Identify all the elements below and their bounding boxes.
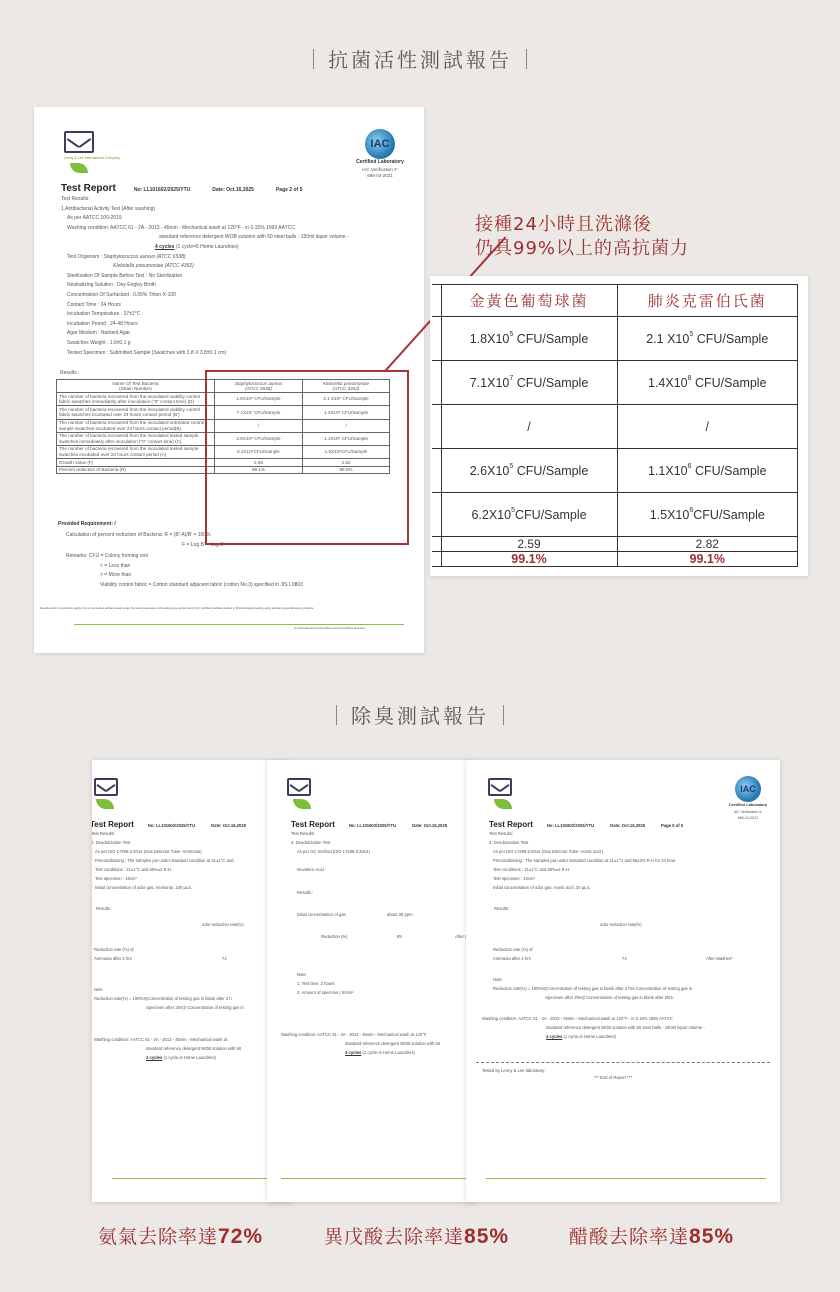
text-line: Test conditions : 21±1°C and 65%±2 R.H. — [92, 865, 233, 874]
text-line: Swatches Weight : 1.0±0.1 g — [61, 339, 349, 349]
header-staphylococcus: 金黃色葡萄球菌 — [441, 285, 617, 317]
dashed-divider — [476, 1062, 770, 1063]
report-title: Test Report — [61, 183, 116, 194]
text-line: (1 cycle=5 Home Laundries) — [361, 1050, 415, 1055]
company-logo — [92, 778, 118, 809]
unit: CFU/Sample — [692, 376, 767, 390]
deodorize-title-text: 除臭測試報告 — [351, 704, 489, 728]
table-row: 6.2X105CFU/Sample 1.5X106CFU/Sample — [432, 493, 798, 537]
iac-globe-icon: IAC — [365, 129, 395, 159]
unit: CFU/Sample — [693, 332, 768, 346]
hands-leaf-icon — [494, 799, 512, 809]
table-row: 1.8X105 CFU/Sample 2.1 X105 CFU/Sample — [432, 317, 798, 361]
divider — [526, 49, 527, 69]
exponent: 5 — [509, 463, 513, 470]
hands-leaf-icon — [293, 799, 311, 809]
provided-requirement: Provided Requirement: / — [58, 520, 116, 530]
text-line: As per AATCC 100-2019 — [61, 214, 349, 224]
text-line: Test Results: — [61, 195, 349, 205]
table-row: 2.6X105 CFU/Sample 1.1X106 CFU/Sample — [432, 449, 798, 493]
text-line: 2. Amount of specimen: 50cm² — [297, 988, 354, 997]
text-line: Sterilization Of Sample Before Test : No… — [61, 272, 349, 282]
caption-value: 85% — [689, 1225, 734, 1248]
value: 1.8X10 — [470, 332, 510, 346]
report-page: Page 2 of 5 — [276, 187, 302, 193]
text-line: Washing condition: AATCC 61 - 2A - 2013 … — [482, 1014, 705, 1023]
text-line: Test conditions : 21±1°C and 65%±2 R.H. — [489, 865, 675, 874]
report-header: Test Report No: LL101602/2025/YTU Date: … — [92, 820, 262, 829]
results-label: Results : — [297, 888, 313, 897]
company-name: Lenny & Lee International Company — [64, 156, 120, 160]
antibacterial-title-text: 抗菌活性測試報告 — [328, 48, 512, 72]
report-header: Test Report No: LL101602/2025/YTU Date: … — [291, 820, 463, 829]
text-line: Tested Specimen : Submitted Sample (Swat… — [61, 349, 349, 359]
text-line: Test Organism : — [67, 254, 103, 260]
text-line: Test specimen : 10cm² — [92, 874, 233, 883]
spacer-cell — [432, 449, 441, 493]
value: 7.1X10 — [470, 376, 510, 390]
column-header: (Strain Number) — [59, 386, 212, 392]
text-line: Neutralizing Solution : Dey Engley Broth — [61, 281, 349, 291]
results-label: Results : — [60, 369, 79, 379]
callout-line: 仍具99%以上的高抗菌力 — [475, 237, 689, 261]
text-line: Agar Medium : Nutrient Agar — [61, 329, 349, 339]
text-line: (1 cycle=5 Home Laundries) — [562, 1034, 616, 1039]
row-label: Reduction rate (%) of — [94, 945, 134, 954]
report-title: Test Report — [92, 820, 134, 829]
cycles-count: 4 cycles — [155, 244, 174, 250]
remark-line: Viability control fabric = Cotton standa… — [66, 581, 303, 591]
table-header-row: 金黃色葡萄球菌 肺炎克雷伯氏菌 — [432, 285, 798, 317]
value: 2.6X10 — [470, 464, 510, 478]
text-line: (1 cycle=5 Home Laundries) — [162, 1055, 216, 1060]
text-line: Initial concentration of odor gas: Aceti… — [489, 883, 675, 892]
exponent: 7 — [509, 375, 513, 382]
exponent: 5 — [689, 331, 693, 338]
report-date: Date: Oct.16,2025 — [211, 823, 246, 828]
exponent: 5 — [511, 507, 515, 514]
unit: CFU/Sample — [513, 376, 588, 390]
growth-value: 2.82 — [617, 537, 797, 552]
exponent: 6 — [688, 463, 692, 470]
growth-value: 2.59 — [441, 537, 617, 552]
company-logo — [287, 778, 311, 809]
cycles-count: 4 cycles — [546, 1034, 562, 1039]
reduction-row: Reduction rate (%) of Ammonia after 2 hr… — [94, 945, 134, 963]
report-body: Test Results: 2. Deodorization Test As p… — [92, 829, 233, 892]
value: 1.5X10 — [650, 508, 690, 522]
spacer-cell — [432, 285, 441, 317]
text-line: 1. Test time: 2 hours — [297, 979, 354, 988]
text-line: As per GC method (ISO 17299-3:2014) — [291, 847, 370, 856]
unit: CFU/Sample — [693, 508, 765, 522]
cycles-count: 4 cycles — [146, 1055, 162, 1060]
spacer-cell — [432, 493, 441, 537]
washing-condition: Washing condition: AATCC 61 - 2A - 2013 … — [281, 1030, 440, 1057]
report-number: No: LL101602/2025/YTU — [547, 823, 594, 828]
deodorize-section-title: 除臭測試報告 — [0, 700, 840, 729]
text-line: Preconditioning : The samples put under … — [92, 856, 233, 865]
report-title: Test Report — [291, 820, 335, 829]
row-label: Growth value (F) — [57, 459, 215, 467]
zoomed-results-table: 金黃色葡萄球菌 肺炎克雷伯氏菌 1.8X105 CFU/Sample 2.1 X… — [432, 284, 798, 567]
cell: 1.1X106 CFU/Sample — [617, 449, 797, 493]
text-line: Test specimen : 10cm² — [489, 874, 675, 883]
footer-tagline: An International Antimicrobial Council C… — [294, 627, 366, 631]
text-line: standard reference detergent WOB solutio… — [94, 1044, 241, 1053]
text-line: Preconditioning : The samples put under … — [489, 856, 675, 865]
column-label: odor reduction rate(%) — [202, 920, 244, 929]
remark-line: Remarks: CFU = Colony forming unit — [66, 552, 303, 562]
text-line: standard reference detergent WOB solutio… — [61, 233, 349, 243]
remark-line: > = More than — [66, 571, 303, 581]
reduction-row: 99.1% 99.1% — [432, 552, 798, 567]
section-heading: 3. Deodorization Test — [291, 838, 370, 847]
text-line: Specimen after 2hrs)/ Concentration of t… — [493, 993, 692, 1002]
caption-text: 氨氣去除率達 — [98, 1226, 218, 1248]
cell: 2.6X105 CFU/Sample — [441, 449, 617, 493]
table-row: 7.1X107 CFU/Sample 1.4X108 CFU/Sample — [432, 361, 798, 405]
note-label: Note — [297, 970, 354, 979]
text-line: Incubation Period : 24-48 Hours — [61, 320, 349, 330]
row-label: Ammonia after 2 hrs — [493, 954, 533, 963]
washing-condition: Washing condition: AATCC 61 - 2A - 2013 … — [94, 1035, 241, 1062]
bowtie-logo-icon — [94, 778, 118, 796]
unit: CFU/Sample — [513, 332, 588, 346]
organism-name: Staphylococcus aureus (ATCC 6538) — [103, 254, 185, 260]
row-label: Reduction (%) — [321, 932, 348, 941]
header-klebsiella: 肺炎克雷伯氏菌 — [617, 285, 797, 317]
value: / — [527, 420, 530, 434]
value: 6.2X10 — [471, 508, 511, 522]
text-line: Initial concentration of odor gas: Ammon… — [92, 883, 233, 892]
report-header: Test Report No: LL101602/2025/YTU Date: … — [61, 183, 324, 194]
report-date: Date: Oct.16,2025 — [212, 187, 254, 193]
iac-certification: IAC Certified Laboratory IAC Verificatio… — [720, 776, 776, 821]
reduction-value: 72 — [222, 954, 227, 963]
caption-value: 85% — [464, 1225, 509, 1248]
calculation: Calculation of percent reduction of Bact… — [66, 531, 224, 550]
cell: 1.5X106CFU/Sample — [617, 493, 797, 537]
text-line: As per ISO 17299-2:2014 (Gas Detector Tu… — [92, 847, 233, 856]
cell: 1.4X108 CFU/Sample — [617, 361, 797, 405]
divider — [503, 705, 504, 725]
caption-acetic: 醋酸去除率達85% — [569, 1222, 734, 1249]
text-line: Washing condition: AATCC 61 - 2A - 2013 … — [281, 1030, 440, 1039]
hands-leaf-icon — [96, 799, 114, 809]
spacer-cell — [432, 361, 441, 405]
gas-name: Isovaleric Acid — [297, 865, 324, 874]
iac-globe-icon: IAC — [735, 776, 761, 802]
report-title: Test Report — [489, 820, 533, 829]
row-label: Ammonia after 2 hrs — [94, 954, 134, 963]
exponent: 8 — [688, 375, 692, 382]
caption-isovaleric: 異戊酸去除率達85% — [324, 1222, 509, 1249]
spacer-cell — [432, 317, 441, 361]
text-line: Reduction rate(%) = 100%X(Concentration … — [493, 984, 692, 993]
text-line: Washing condition: AATCC 61 - 2A - 2013 … — [94, 1035, 241, 1044]
callout-line: 接種24小時且洗滌後 — [475, 213, 689, 237]
unit: CFU/Sample — [515, 508, 587, 522]
cell: 6.2X105CFU/Sample — [441, 493, 617, 537]
divider — [313, 49, 314, 69]
cell: 7.1X107 CFU/Sample — [441, 361, 617, 405]
tested-by: Tested by Lenny & Lee laboratory. — [482, 1066, 545, 1075]
calc-label: Calculation of percent reduction of Bact… — [66, 532, 163, 538]
value: 1.1X10 — [648, 464, 688, 478]
iac-label: Certified Laboratory — [350, 159, 410, 165]
text-line: Contact Time : 24 Hours — [61, 301, 349, 311]
text-line: standard reference detergent WOB solutio… — [281, 1039, 440, 1048]
ammonia-report-page: Test Report No: LL101602/2025/YTU Date: … — [92, 760, 292, 1202]
results-label: Results : — [494, 904, 510, 913]
text-line: (1 cycle=5 Home Laundries) — [174, 244, 238, 250]
footer-divider — [74, 624, 404, 625]
company-logo: Lenny & Lee International Company — [64, 131, 120, 173]
isovaleric-report-page: Test Report No: LL101602/2025/YTU Date: … — [267, 760, 477, 1202]
row-label: Reduction rate (%) of — [493, 945, 533, 954]
section-heading: 2. Deodorization Test — [92, 838, 233, 847]
text-line: 1.Antibacterial Activity Test (After was… — [61, 205, 349, 215]
text-line: standard reference detergent WOB solutio… — [482, 1023, 705, 1032]
report-number: No: LL101602/2025/YTU — [148, 823, 195, 828]
report-page: Page 5 of 5 — [661, 823, 683, 828]
antibacterial-section-title: 抗菌活性測試報告 — [0, 44, 840, 73]
zoomed-results-card: 金黃色葡萄球菌 肺炎克雷伯氏菌 1.8X105 CFU/Sample 2.1 X… — [430, 276, 808, 576]
text-line: Washing condition: AATCC 61 - 2A - 2013 … — [61, 224, 349, 234]
report-body: Test Results: 4. Deodorization Test As p… — [489, 829, 675, 892]
iac-label: Certified Laboratory — [720, 802, 776, 807]
report-header: Test Report No: LL101602/2025/YTU Date: … — [489, 820, 699, 829]
callout-text: 接種24小時且洗滌後 仍具99%以上的高抗菌力 — [475, 213, 689, 261]
bowtie-logo-icon — [488, 778, 512, 796]
unit: CFU/Sample — [513, 464, 588, 478]
footer-disclaimer: Results and/or conclusions apply only to… — [40, 607, 410, 611]
divider — [336, 705, 337, 725]
text-line: Reduction rate(%) = 100%X(Concentration … — [94, 994, 244, 1003]
initial-concentration: about 38 ppm — [387, 910, 413, 919]
reduction-row: Reduction rate (%) of Ammonia after 2 hr… — [493, 945, 533, 963]
iac-certification: IAC Certified Laboratory IAC Verificatio… — [350, 129, 410, 179]
note: Note Reduction rate(%) = 100%X(Concentra… — [94, 985, 244, 1012]
cell: 1.8X105 CFU/Sample — [441, 317, 617, 361]
row-label: The number of bacteria recovered from th… — [57, 432, 215, 445]
text-line: Test Results: — [489, 829, 675, 838]
row-label: Percent reduction of Bacteria (R) — [57, 466, 215, 474]
acetic-report-page: IAC Certified Laboratory IAC Verificatio… — [466, 760, 780, 1202]
footer-divider — [486, 1178, 766, 1179]
washing-condition: Washing condition: AATCC 61 - 2A - 2013 … — [482, 1014, 705, 1041]
highlight-box — [205, 370, 409, 545]
section-heading: 4. Deodorization Test — [489, 838, 675, 847]
text-line: Test Results: — [291, 829, 370, 838]
value: / — [706, 420, 709, 434]
column-label: odor reduction rate(%) — [600, 920, 642, 929]
value: 1.4X10 — [648, 376, 688, 390]
text-line: Incubation Temperature : 37±2°C — [61, 310, 349, 320]
cell: / — [617, 405, 797, 449]
report-number: No: LL101602/2025/YTU — [349, 823, 396, 828]
cycles-count: 4 cycles — [345, 1050, 361, 1055]
note-label: Note — [493, 975, 692, 984]
footer-divider — [281, 1178, 477, 1179]
report-date: Date: Oct.16,2025 — [610, 823, 645, 828]
unit: CFU/Sample — [692, 464, 767, 478]
reduction-value: 99.1% — [617, 552, 797, 567]
remarks: Remarks: CFU = Colony forming unit < = L… — [66, 552, 303, 590]
reduction-value: 85 — [397, 932, 402, 941]
antibacterial-report-page: Lenny & Lee International Company IAC Ce… — [34, 107, 424, 653]
spacer-cell — [432, 552, 441, 567]
report-date: Date: Oct.16,2025 — [412, 823, 447, 828]
table-row: / / — [432, 405, 798, 449]
row-label: The number of bacteria recovered from th… — [57, 445, 215, 458]
reduction-value: 99.1% — [441, 552, 617, 567]
remark-line: < = Less than — [66, 562, 303, 572]
text-line: Test Results: — [92, 829, 233, 838]
caption-value: 72% — [218, 1225, 263, 1248]
note: Note 1. Test time: 2 hours 2. Amount of … — [297, 970, 354, 997]
report-number: No: LL101602/2025/YTU — [134, 187, 190, 193]
organism-name: Klebsiella pneumoniae (ATCC 4352) — [61, 262, 349, 272]
spacer-cell — [432, 405, 441, 449]
note: Note Reduction rate(%) = 100%X(Concentra… — [493, 975, 692, 1002]
caption-ammonia: 氨氣去除率達72% — [98, 1222, 263, 1249]
report-body: Test Results: 3. Deodorization Test As p… — [291, 829, 370, 856]
text-line: As per ISO 17299-2:2014 (Gas Detector Tu… — [489, 847, 675, 856]
note-label: Note — [94, 985, 244, 994]
test-conditions: Test Results: 1.Antibacterial Activity T… — [61, 195, 349, 358]
row-label: The number of bacteria recovered from th… — [57, 419, 215, 432]
exponent: 6 — [689, 507, 693, 514]
caption-text: 醋酸去除率達 — [569, 1226, 689, 1248]
growth-row: 2.59 2.82 — [432, 537, 798, 552]
cell: 2.1 X105 CFU/Sample — [617, 317, 797, 361]
cell: / — [441, 405, 617, 449]
company-logo — [488, 778, 512, 809]
footer-divider — [112, 1178, 292, 1179]
iac-number: 686-04-2021 — [720, 815, 776, 821]
iac-number: 686-04-2021 — [350, 173, 410, 179]
spacer-cell — [432, 537, 441, 552]
results-label: Results : — [96, 904, 112, 913]
bowtie-logo-icon — [64, 131, 94, 153]
text-line: Specimen after 2hrs)/ Concentration of t… — [94, 1003, 244, 1012]
exponent: 5 — [509, 331, 513, 338]
reduction-value: 74 — [622, 954, 627, 963]
row-label: The number of bacteria recovered from th… — [57, 393, 215, 406]
row-label: Initial concentration of gas — [297, 910, 346, 919]
end-of-report: *** End of Report *** — [594, 1073, 632, 1082]
hands-leaf-icon — [70, 163, 88, 173]
column-label: After Washes* — [706, 954, 733, 963]
row-label: The number of bacteria recovered from th… — [57, 406, 215, 419]
text-line: Concentration Of Surfactant : 0.05% Trit… — [61, 291, 349, 301]
caption-text: 異戊酸去除率達 — [324, 1226, 464, 1248]
calc-formula-f: F = Log B' − Log D — [66, 541, 224, 551]
calc-formula-r: R = (B'-A)/B' × 100% — [164, 532, 210, 538]
bowtie-logo-icon — [287, 778, 311, 796]
value: 2.1 X10 — [646, 332, 689, 346]
